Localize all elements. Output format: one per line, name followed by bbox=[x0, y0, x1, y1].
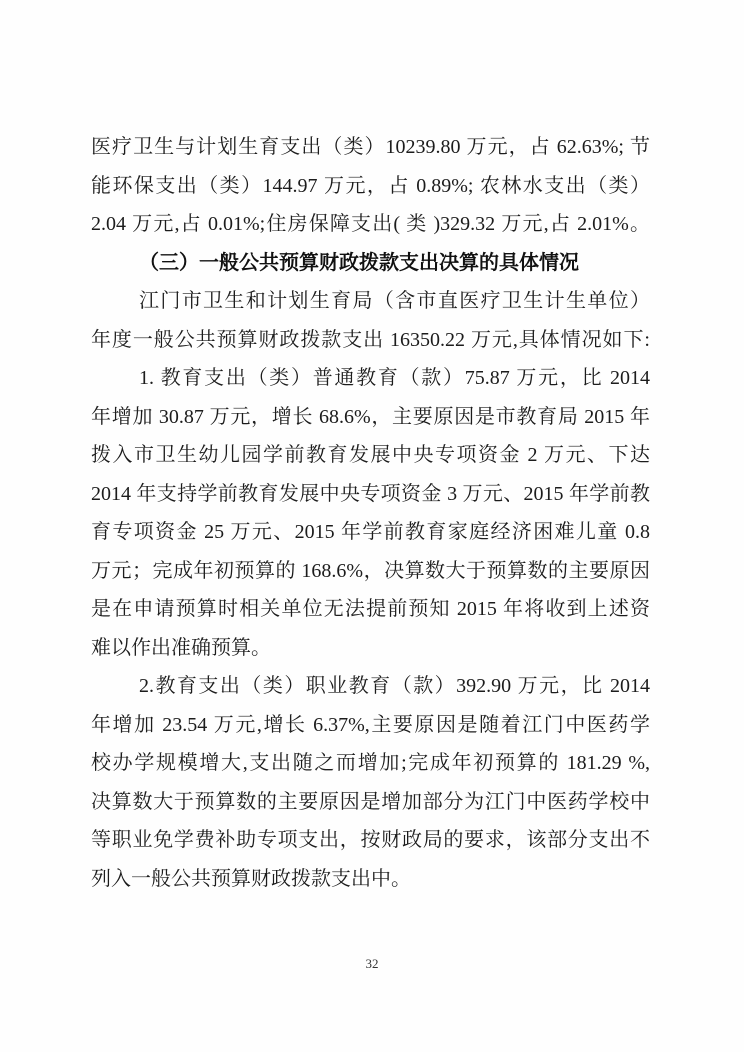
text-line: 万元；完成年初预算的 168.6%，决算数大于预算数的主要原因 bbox=[91, 552, 650, 591]
page-content: 医疗卫生与计划生育支出（类）10239.80 万元，占 62.63%; 节能环保… bbox=[91, 128, 650, 898]
text-line: 年增加 30.87 万元，增长 68.6%，主要原因是市教育局 2015 年 bbox=[91, 398, 650, 437]
text-line: 校办学规模增大,支出随之而增加;完成年初预算的 181.29 %, bbox=[91, 744, 650, 783]
page-number: 32 bbox=[0, 956, 744, 972]
text-line: 等职业免学费补助专项支出，按财政局的要求，该部分支出不 bbox=[91, 821, 650, 860]
text-line: 1. 教育支出（类）普通教育（款）75.87 万元，比 2014 bbox=[91, 359, 650, 398]
text-line: 决算数大于预算数的主要原因是增加部分为江门中医药学校中 bbox=[91, 783, 650, 822]
text-line: 难以作出准确预算。 bbox=[91, 629, 650, 668]
section-heading: （三）一般公共预算财政拨款支出决算的具体情况 bbox=[91, 244, 650, 283]
document-page: 医疗卫生与计划生育支出（类）10239.80 万元，占 62.63%; 节能环保… bbox=[0, 0, 744, 1052]
text-line: 2014 年支持学前教育发展中央专项资金 3 万元、2015 年学前教 bbox=[91, 475, 650, 514]
text-line: 列入一般公共预算财政拨款支出中。 bbox=[91, 860, 650, 899]
text-line: 年度一般公共预算财政拨款支出 16350.22 万元,具体情况如下: bbox=[91, 321, 650, 360]
text-line: 医疗卫生与计划生育支出（类）10239.80 万元，占 62.63%; 节 bbox=[91, 128, 650, 167]
text-line: 江门市卫生和计划生育局（含市直医疗卫生计生单位）2015 bbox=[91, 282, 650, 321]
text-line: 2.04 万元,占 0.01%;住房保障支出( 类 )329.32 万元,占 2… bbox=[91, 205, 650, 244]
text-line: 2.教育支出（类）职业教育（款）392.90 万元，比 2014 bbox=[91, 667, 650, 706]
text-line: 是在申请预算时相关单位无法提前预知 2015 年将收到上述资金， bbox=[91, 590, 650, 629]
text-line: 年增加 23.54 万元,增长 6.37%,主要原因是随着江门中医药学 bbox=[91, 706, 650, 745]
text-line: 能环保支出（类）144.97 万元，占 0.89%; 农林水支出（类） bbox=[91, 167, 650, 206]
text-line: 拨入市卫生幼儿园学前教育发展中央专项资金 2 万元、下达 bbox=[91, 436, 650, 475]
text-line: 育专项资金 25 万元、2015 年学前教育家庭经济困难儿童 0.8 bbox=[91, 513, 650, 552]
